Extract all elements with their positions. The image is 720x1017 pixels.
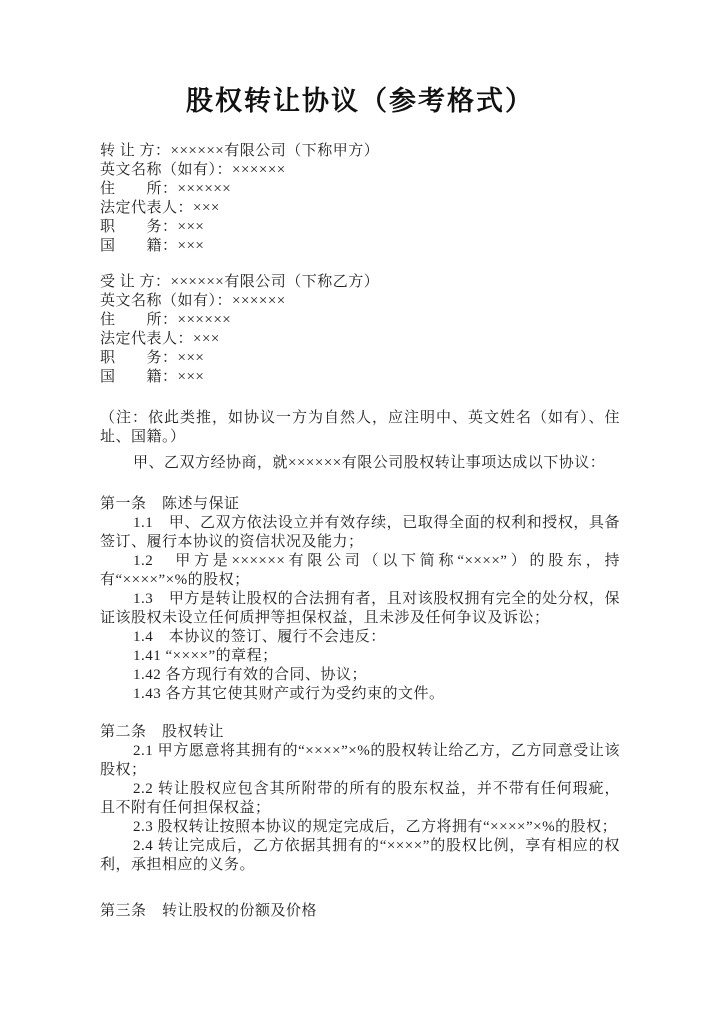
party-b-legal-representative-line: 法定代表人：××× bbox=[100, 330, 620, 349]
intro-paragraph: 甲、乙双方经协商，就××××××有限公司股权转让事项达成以下协议： bbox=[100, 454, 620, 473]
clause-2-2: 2.2 转让股权应包含其所附带的所有的股东权益，并不带有任何瑕疵，且不附有任何担… bbox=[100, 780, 620, 818]
clause-1-1: 1.1 甲、乙双方依法设立并有效存续，已取得全面的权利和授权，具备签订、履行本协… bbox=[100, 514, 620, 552]
party-b-english-name-line: 英文名称（如有）：×××××× bbox=[100, 292, 620, 311]
clause-1-4: 1.4 本协议的签订、履行不会违反： bbox=[100, 628, 620, 647]
clause-1-41: 1.41 “××××”的章程； bbox=[100, 647, 620, 666]
party-a-nationality-line: 国 籍：××× bbox=[100, 237, 620, 256]
party-b-name-line: 受 让 方：××××××有限公司（下称乙方） bbox=[100, 273, 620, 292]
document-content: 股权转让协议（参考格式） 转 让 方：××××××有限公司（下称甲方） 英文名称… bbox=[0, 0, 720, 921]
clause-2-4: 2.4 转让完成后，乙方依据其拥有的“××××”的股权比例，享有相应的权利，承担… bbox=[100, 837, 620, 875]
party-a-position-line: 职 务：××× bbox=[100, 218, 620, 237]
party-a-name-line: 转 让 方：××××××有限公司（下称甲方） bbox=[100, 142, 620, 161]
section-2-heading: 第二条 股权转让 bbox=[100, 723, 620, 742]
clause-2-1: 2.1 甲方愿意将其拥有的“××××”×%的股权转让给乙方，乙方同意受让该股权； bbox=[100, 742, 620, 780]
party-a-legal-representative-line: 法定代表人：××× bbox=[100, 199, 620, 218]
clause-1-2: 1.2 甲方是××××××有限公司（以下简称“××××”）的股东，持有“××××… bbox=[100, 552, 620, 590]
clause-2-3: 2.3 股权转让按照本协议的规定完成后，乙方将拥有“××××”×%的股权； bbox=[100, 818, 620, 837]
clause-1-42: 1.42 各方现行有效的合同、协议； bbox=[100, 666, 620, 685]
party-b-nationality-line: 国 籍：××× bbox=[100, 368, 620, 387]
clause-1-3: 1.3 甲方是转让股权的合法拥有者，且对该股权拥有完全的处分权，保证该股权未设立… bbox=[100, 590, 620, 628]
party-b-block: 受 让 方：××××××有限公司（下称乙方） 英文名称（如有）：×××××× 住… bbox=[100, 273, 620, 387]
section-3-heading: 第三条 转让股权的份额及价格 bbox=[100, 902, 620, 921]
section-1: 第一条 陈述与保证 1.1 甲、乙双方依法设立并有效存续，已取得全面的权利和授权… bbox=[100, 495, 620, 704]
section-3: 第三条 转让股权的份额及价格 bbox=[100, 902, 620, 921]
party-a-address-line: 住 所：×××××× bbox=[100, 180, 620, 199]
section-1-heading: 第一条 陈述与保证 bbox=[100, 495, 620, 514]
party-b-position-line: 职 务：××× bbox=[100, 349, 620, 368]
clause-1-43: 1.43 各方其它使其财产或行为受约束的文件。 bbox=[100, 685, 620, 704]
party-a-english-name-line: 英文名称（如有）：×××××× bbox=[100, 161, 620, 180]
document-title: 股权转让协议（参考格式） bbox=[100, 84, 620, 118]
section-2: 第二条 股权转让 2.1 甲方愿意将其拥有的“××××”×%的股权转让给乙方，乙… bbox=[100, 723, 620, 875]
party-a-block: 转 让 方：××××××有限公司（下称甲方） 英文名称（如有）：×××××× 住… bbox=[100, 142, 620, 256]
party-b-address-line: 住 所：×××××× bbox=[100, 311, 620, 330]
document-page: 股权转让协议（参考格式） 转 让 方：××××××有限公司（下称甲方） 英文名称… bbox=[0, 0, 720, 1017]
note-paragraph: （注：依此类推，如协议一方为自然人，应注明中、英文姓名（如有）、住址、国籍。） bbox=[100, 409, 620, 447]
